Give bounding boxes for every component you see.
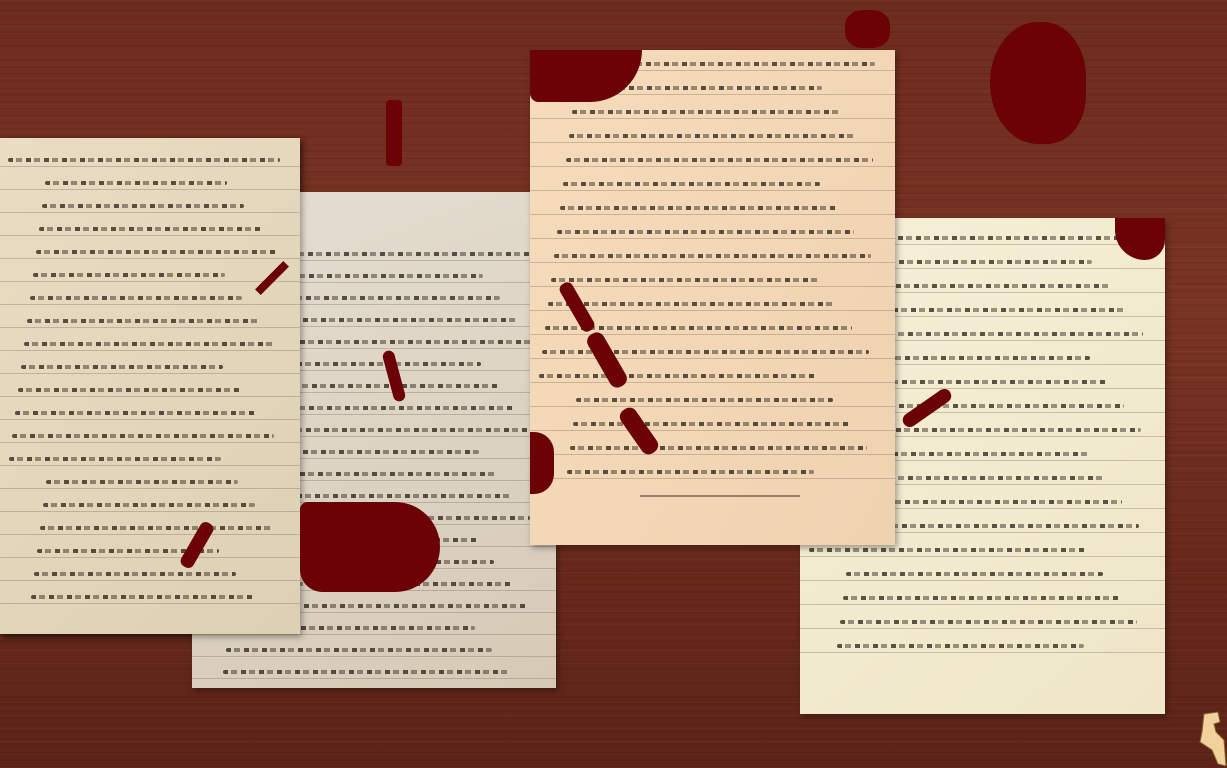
handwriting [530, 50, 895, 545]
handwriting-line [24, 342, 276, 346]
ruled-line [530, 238, 895, 239]
ruled-line [530, 118, 895, 119]
ruled-line [530, 166, 895, 167]
ruled-line [530, 262, 895, 263]
handwriting-line [560, 206, 837, 210]
ruled-line [192, 634, 556, 635]
handwriting-line [837, 644, 1084, 648]
ruled-line [0, 350, 300, 351]
handwriting-line [809, 548, 1086, 552]
ruled-line [530, 454, 895, 455]
ruled-line [0, 557, 300, 558]
blood-splatter [300, 502, 440, 592]
signature [640, 495, 800, 527]
ruled-line [0, 304, 300, 305]
handwriting-line [21, 365, 223, 369]
ruled-line [530, 334, 895, 335]
blood-splatter [530, 432, 554, 494]
ruled-line [530, 190, 895, 191]
handwriting-line [846, 572, 1103, 576]
handwriting-line [42, 204, 244, 208]
handwriting-line [226, 648, 492, 652]
handwriting-line [557, 230, 854, 234]
handwriting-line [27, 319, 259, 323]
handwriting-line [12, 434, 274, 438]
handwriting-line [843, 596, 1120, 600]
blood-splatter [990, 22, 1086, 144]
ruled-line [530, 286, 895, 287]
ruled-line [0, 534, 300, 535]
blood-drip [386, 100, 402, 166]
handwriting-line [36, 250, 278, 254]
ruled-line [800, 628, 1165, 629]
ruled-line [0, 488, 300, 489]
blood-splatter [845, 10, 890, 48]
handwriting-line [9, 457, 221, 461]
letter-3[interactable] [530, 50, 895, 545]
ruled-line [0, 235, 300, 236]
handwriting-line [15, 411, 257, 415]
ruled-line [0, 281, 300, 282]
handwriting-line [46, 480, 238, 484]
ruled-line [0, 465, 300, 466]
handwriting-line [31, 595, 253, 599]
handwriting-line [573, 422, 850, 426]
ruled-line [800, 652, 1165, 653]
handwriting-line [566, 158, 873, 162]
ruled-line [530, 478, 895, 479]
ruled-line [192, 678, 556, 679]
ruled-line [0, 580, 300, 581]
ruled-line [0, 419, 300, 420]
ruled-line [0, 373, 300, 374]
ruled-line [0, 396, 300, 397]
ruled-line [530, 142, 895, 143]
handwriting-line [576, 398, 833, 402]
ruled-line [530, 406, 895, 407]
handwriting-line [567, 470, 814, 474]
handwriting [0, 138, 300, 634]
ruled-line [192, 656, 556, 657]
handwriting-line [548, 302, 835, 306]
handwriting-line [572, 110, 839, 114]
handwriting-line [554, 254, 871, 258]
handwriting-line [569, 134, 856, 138]
ruled-line [800, 556, 1165, 557]
ruled-line [530, 382, 895, 383]
handwriting-line [43, 503, 255, 507]
handwriting-line [18, 388, 240, 392]
ruled-line [0, 511, 300, 512]
handwriting-line [40, 526, 272, 530]
ruled-line [0, 166, 300, 167]
ruled-line [0, 327, 300, 328]
ruled-line [800, 580, 1165, 581]
handwriting-line [563, 182, 820, 186]
handwriting-line [30, 296, 242, 300]
ruled-line [0, 212, 300, 213]
ruled-line [530, 214, 895, 215]
ruled-line [0, 189, 300, 190]
hand-pointer-icon [1196, 706, 1227, 768]
ruled-line [530, 358, 895, 359]
ruled-line [0, 442, 300, 443]
handwriting-line [840, 620, 1137, 624]
handwriting-line [39, 227, 261, 231]
handwriting-line [8, 158, 280, 162]
handwriting-line [34, 572, 236, 576]
ruled-line [0, 258, 300, 259]
ruled-line [0, 603, 300, 604]
ruled-line [800, 604, 1165, 605]
handwriting-line [551, 278, 818, 282]
handwriting-line [539, 374, 816, 378]
letter-1-front[interactable] [0, 138, 300, 634]
ruled-line [530, 430, 895, 431]
handwriting-line [33, 273, 225, 277]
handwriting-line [223, 670, 509, 674]
handwriting-line [570, 446, 867, 450]
handwriting-line [45, 181, 227, 185]
